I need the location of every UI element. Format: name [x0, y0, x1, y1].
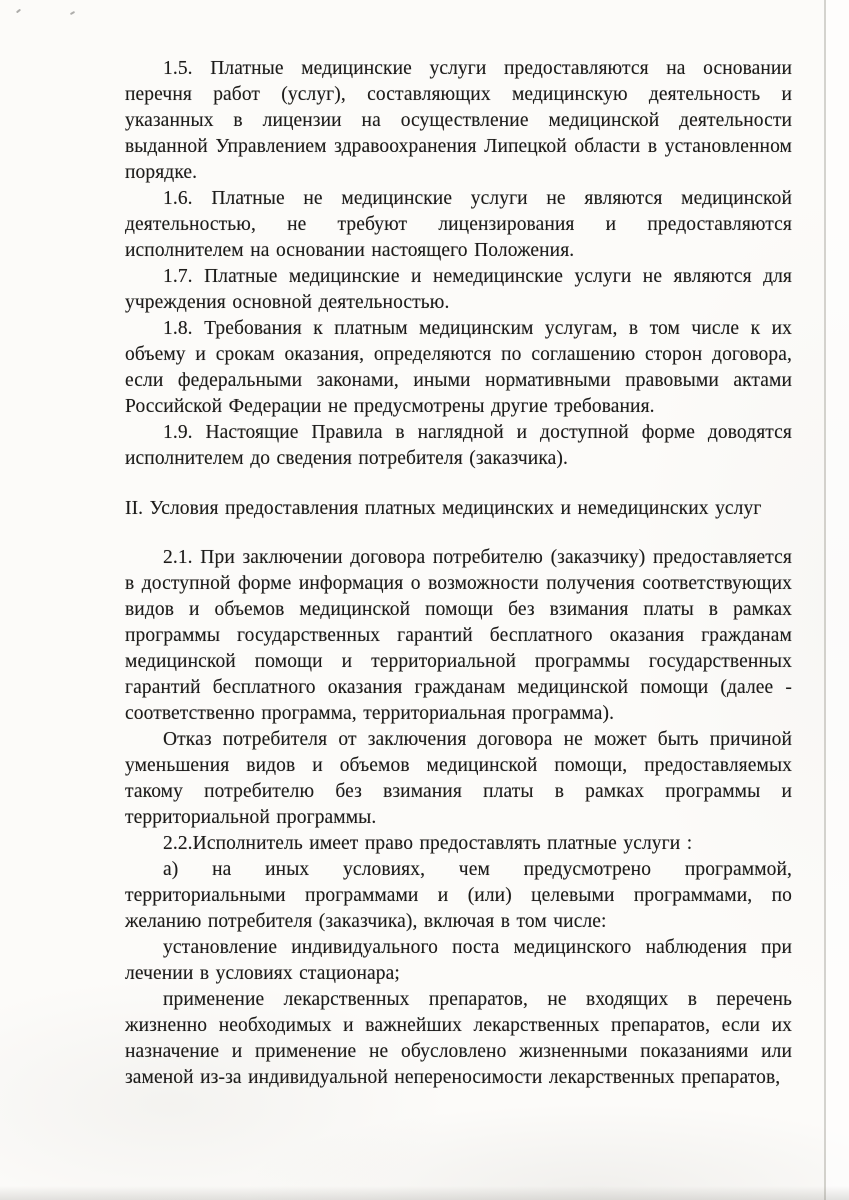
scan-speck	[16, 9, 21, 14]
paragraph-2-2-item-a: а) на иных условиях, чем предусмотрено п…	[125, 857, 792, 935]
paragraph-1-9: 1.9. Настоящие Правила в наглядной и дос…	[125, 420, 792, 472]
paragraph-individual-post: установление индивидуального поста медиц…	[125, 935, 792, 987]
scanned-document-page: 1.5. Платные медицинские услуги предоста…	[0, 0, 849, 1200]
paragraph-medication-use: применение лекарственных препаратов, не …	[125, 987, 792, 1091]
paragraph-1-8: 1.8. Требования к платным медицинским ус…	[125, 316, 792, 420]
paragraph-1-5: 1.5. Платные медицинские услуги предоста…	[125, 56, 792, 186]
scan-edge-strip	[826, 0, 849, 1200]
paragraph-consumer-refusal: Отказ потребителя от заключения договора…	[125, 727, 792, 831]
document-text-block: 1.5. Платные медицинские услуги предоста…	[125, 56, 792, 1091]
scan-speck	[70, 11, 75, 15]
paragraph-2-1: 2.1. При заключении договора потребителю…	[125, 545, 792, 727]
section-ii-heading: II. Условия предоставления платных медиц…	[125, 496, 792, 522]
paragraph-1-6: 1.6. Платные не медицинские услуги не яв…	[125, 186, 792, 264]
scan-edge-line	[824, 0, 826, 1200]
paragraph-1-7: 1.7. Платные медицинские и немедицинские…	[125, 264, 792, 316]
paragraph-2-2: 2.2.Исполнитель имеет право предоставлят…	[125, 831, 792, 857]
